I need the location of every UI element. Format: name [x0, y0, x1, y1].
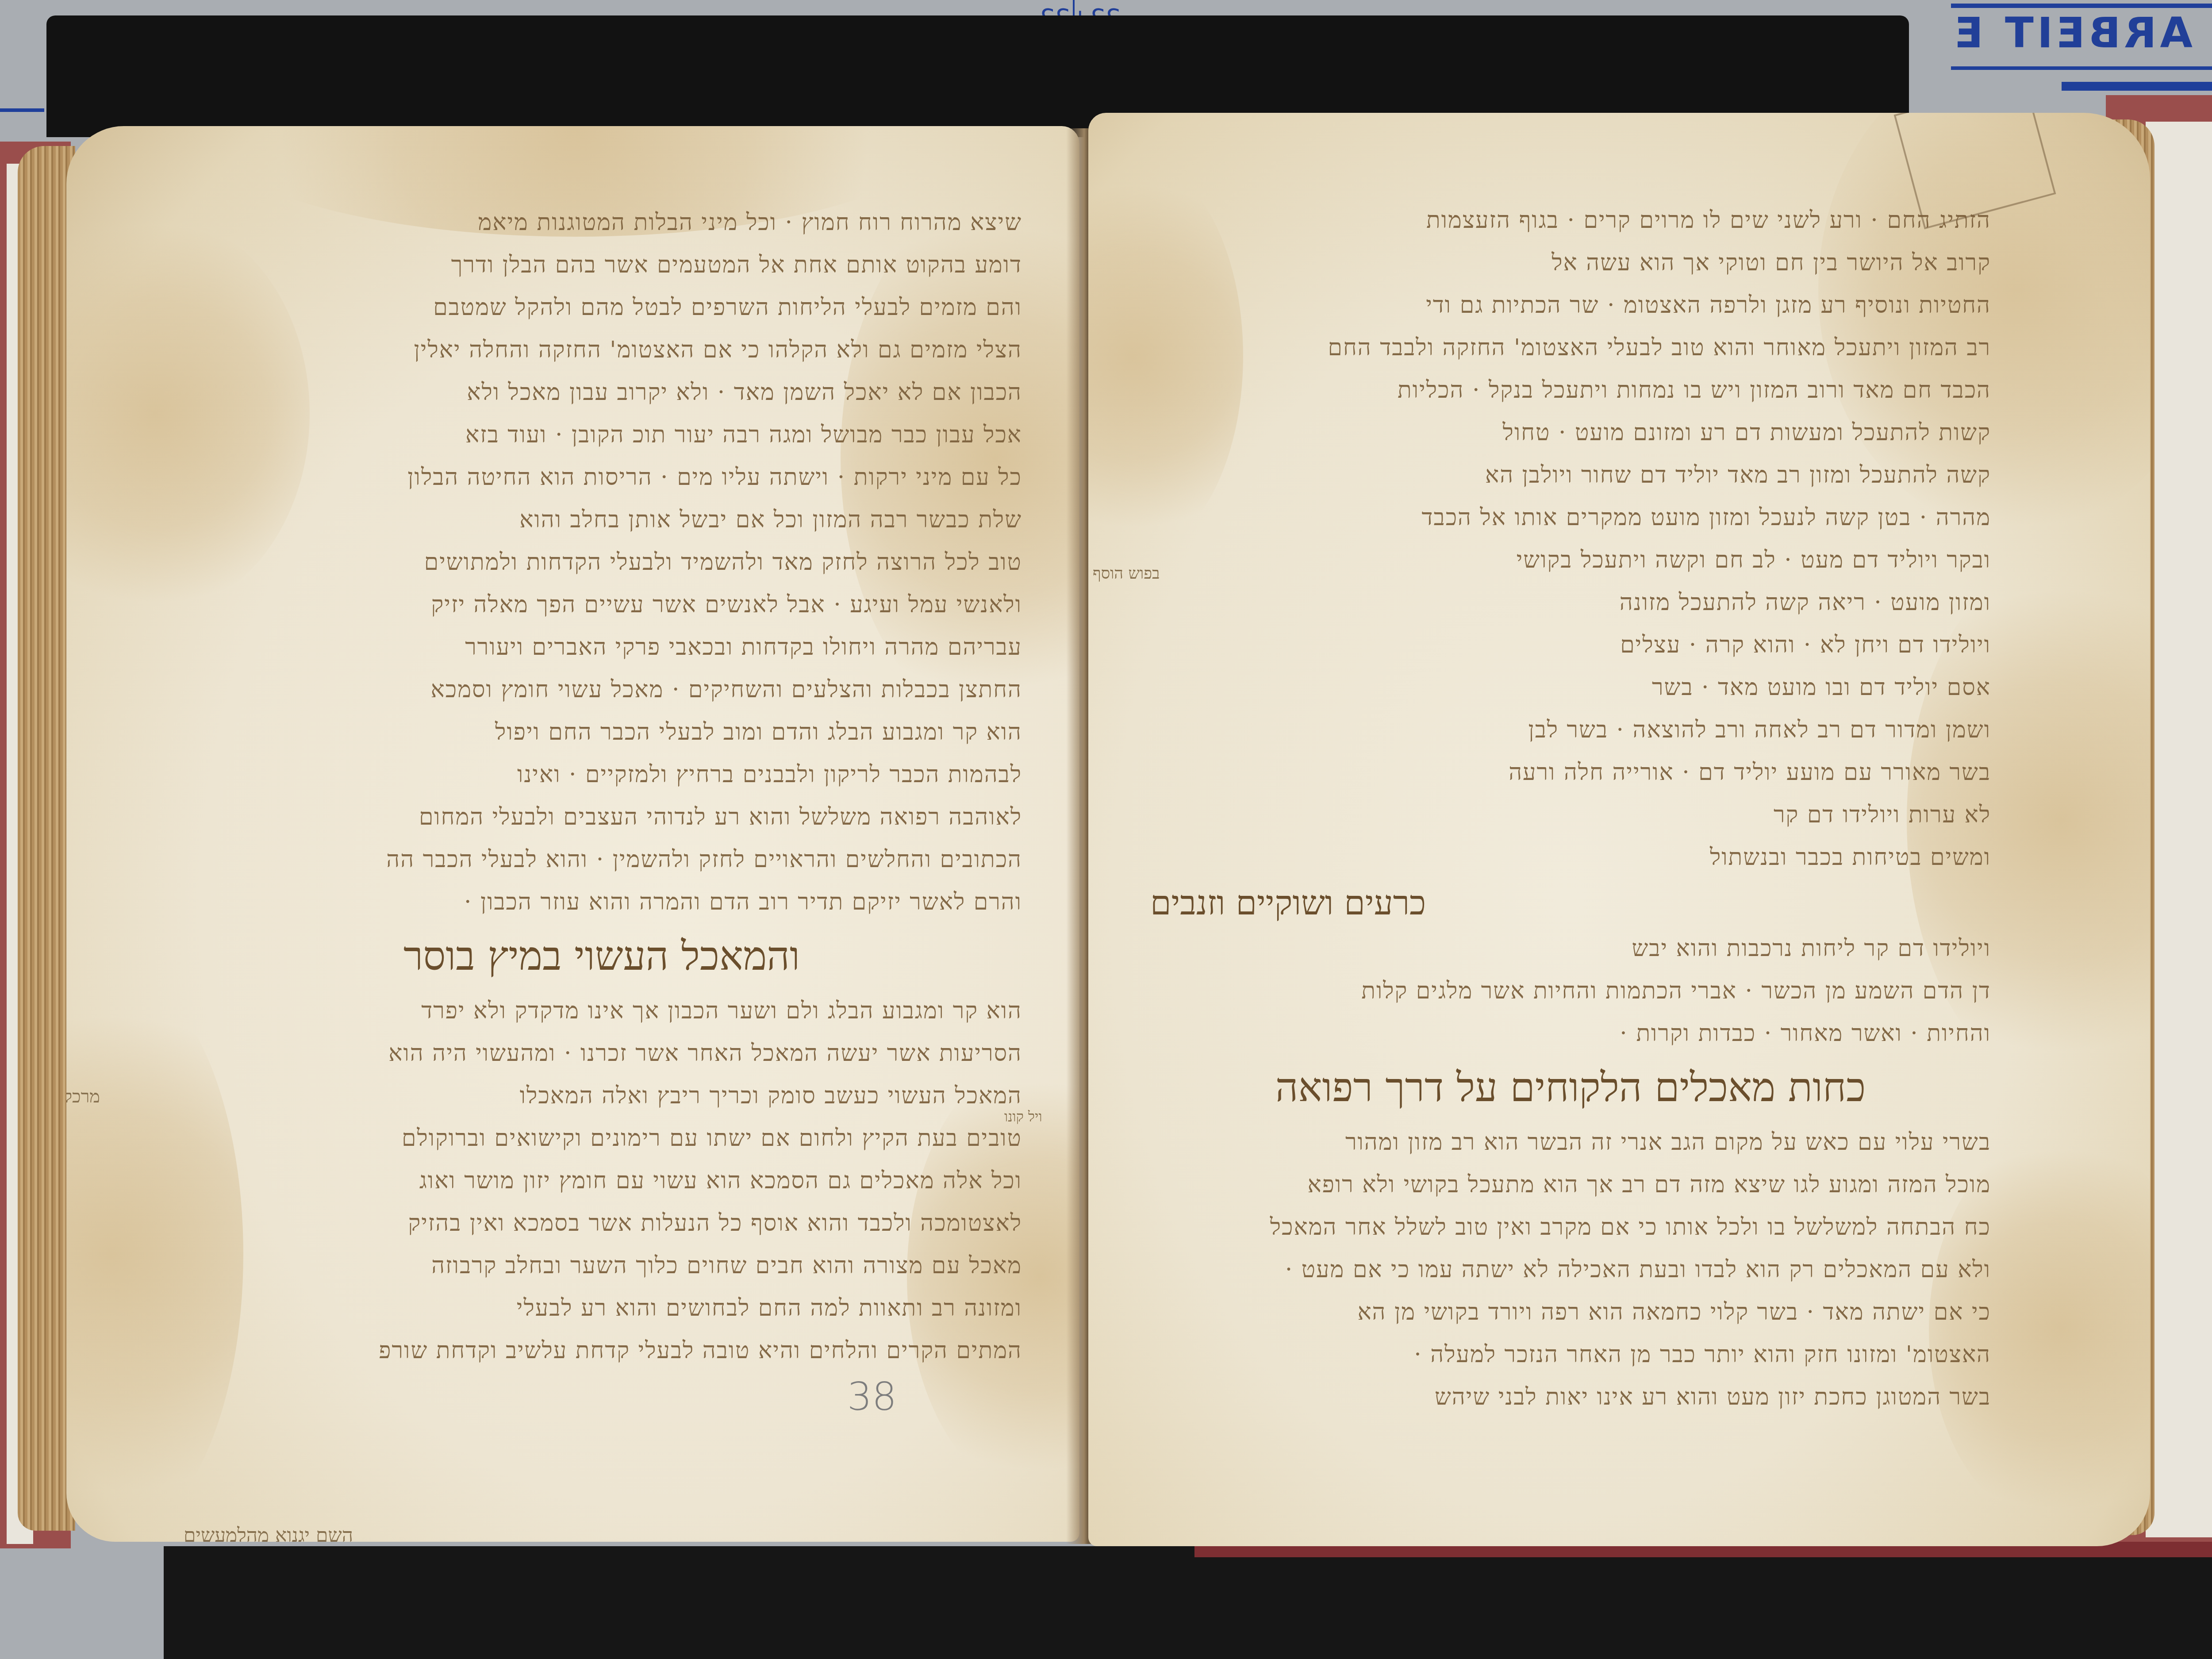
margin-note-left: מרכלת [66, 1086, 100, 1107]
text-line: האצטומ' ומזונו חזק והוא יותר כבר מן האחר… [1150, 1333, 1991, 1376]
text-line: קשות להתעכל ומעשות דם רע ומזונם מועט · ט… [1150, 411, 1991, 454]
text-line: שלת כבשר רבה המזון וכל אם יבשל אותן בחלב… [181, 499, 1022, 541]
text-line: כי אם ישתה מאד · בשר קלוי כחמאה הוא רפה … [1150, 1291, 1991, 1333]
text-line: וכל אלה מאכלים גם הסמכא הוא עשוי עם חומץ… [181, 1160, 1022, 1202]
text-line: כל עם מיני ירקות · וישתה עליו מים · הריס… [181, 456, 1022, 499]
text-line: ויולידו דם ויחן לא · והוא קרה · עצלים [1150, 624, 1991, 666]
text-line: עבריהם מהרה ויחולו בקדחות ובכאבי פרקי הא… [181, 626, 1022, 668]
subheading: כרעים ושוקיים וזנבים [1150, 879, 1991, 927]
card-label-top-right: ARBEIT E [1951, 9, 2193, 58]
text-line: הסריעות אשר יעשה המאכל האחר אשר זכרנו · … [181, 1032, 1022, 1075]
section-heading: כחות מאכלים הלקוחים על דרך רפואה [1150, 1055, 1991, 1121]
bottom-left-card [0, 1544, 164, 1659]
bottom-note: השם יגנוא מהלמעשים [184, 1524, 353, 1542]
text-line: מאכל עם מצורה והוא חבים שחוים כלוך השער … [181, 1244, 1022, 1287]
text-line: והחיות · ואשר מאחור · כבדות וקרות · [1150, 1012, 1991, 1055]
text-line: קשה להתעכל ומזון רב מאד יוליד דם שחור וי… [1150, 454, 1991, 496]
text-line: והרם לאשר יזיקם תדיר רוב הדם והמרה והוא … [181, 881, 1022, 923]
text-line: טוב לכל הרוצה לחזק מאד ולהשמיד ולבעלי הק… [181, 541, 1022, 584]
text-line: מוכל המזה ומגוע לגו שיצא מזה דם רב אך הו… [1150, 1164, 1991, 1206]
text-line: בשרי עלוי עם כאש על מקום הגב אנרי זה הבש… [1150, 1121, 1991, 1164]
text-line: לבהמות הכבר לריקון ולבבנים ברחיץ ולמזקיי… [181, 753, 1022, 796]
section-heading: והמאכל העשוי במיץ בוסר [181, 923, 1022, 990]
margin-note-right-page-left: בפוש הוסף [1093, 564, 1160, 583]
blue-rule-short [2062, 82, 2212, 91]
text-line: לאצטומכה ולכבד והוא אוסף כל הנעלות אשר ב… [181, 1202, 1022, 1244]
text-line: מהרה · בטן קשה לנעכל ומזון מועט ממקרים א… [1150, 496, 1991, 539]
text-line: הצלי מזמים גם ולא הקלהו כי אם האצטומ' הח… [181, 329, 1022, 371]
text-line: קרוב אל היושר בין חם וטוקי אך הוא עשה אל [1150, 242, 1991, 284]
text-line: אסם יוליד דם ובו מועט מאד · בשר [1150, 666, 1991, 709]
text-line: כח הבתחה למשלשל בו ולכל אותו כי אם מקרב … [1150, 1206, 1991, 1248]
margin-note-gutter: ויל קונו [1004, 1108, 1042, 1125]
text-line: לא ערות ויולידו דם קר [1150, 794, 1991, 836]
text-line: דן הדם השמע מן הכשר · אברי הכתמות והחיות… [1150, 970, 1991, 1012]
text-line: החטיות ונוסיף רע מזגן ולרפה האצטומ · שר … [1150, 284, 1991, 326]
text-line: הוא קר ומגבוע הבלג ולם ושער הכבון אך אינ… [181, 990, 1022, 1032]
text-line: בשר המטוגן כחכת יזון מעט והוא רע אינו יא… [1150, 1376, 1991, 1418]
right-page-text-block: הזתיג החם · ורע לשני שים לו מרוים קרים ·… [1150, 199, 1991, 1418]
text-line: לאוהבה רפואה משלשל והוא רע לנדוהי העצבים… [181, 796, 1022, 838]
text-line: והם מזמים לבעלי הליחות השרפים לבטל מהם ו… [181, 286, 1022, 329]
text-line: ושמן ומדור דם רב לאחה ורב להוצאה · בשר ל… [1150, 709, 1991, 751]
text-line: הזתיג החם · ורע לשני שים לו מרוים קרים ·… [1150, 199, 1991, 242]
right-cover-pastedown [2146, 122, 2212, 1537]
text-line: ולאנשי עמל ועיגע · אבל לאנשים אשר עשיים … [181, 584, 1022, 626]
text-line: ומשים בטיחות בכבר ובנשתול [1150, 836, 1991, 879]
text-line: שיצא מהרוח רוח חמוץ · וכל מיני הבלות המט… [181, 201, 1022, 244]
text-line: ויולידו דם קר ליחות נרכבות והוא יבש [1150, 927, 1991, 970]
text-line: המאכל העשוי כעשב סומק וכריך ריבץ ואלה המ… [181, 1075, 1022, 1117]
text-line: טובים בעת הקיץ ולחום אם ישתו עם רימונים … [181, 1117, 1022, 1160]
text-line: ומזונה רב ותאוות למה החם לבחושים והוא רע… [181, 1287, 1022, 1329]
text-line: הכבד חם מאד ורוב המזון ויש בו נמחות ויתע… [1150, 369, 1991, 411]
text-line: החתצן בכבלות והצלעים והשחיקים · מאכל עשו… [181, 668, 1022, 711]
left-page-text-block: שיצא מהרוח רוח חמוץ · וכל מיני הבלות המט… [181, 201, 1022, 1372]
text-line: הוא קר ומגבוע הבלג והדם ומוב לבעלי הכבר … [181, 711, 1022, 753]
blue-rule-left [0, 108, 44, 112]
right-page: הזתיג החם · ורע לשני שים לו מרוים קרים ·… [1088, 113, 2150, 1546]
blue-rule-top [1951, 4, 2212, 8]
text-line: הכבון אם לא יאכל השמן מאד · ולא יקרוב עב… [181, 371, 1022, 414]
blue-rule-mid [1951, 66, 2212, 70]
page-number: 38 [847, 1374, 897, 1419]
text-line: המתים הקרים והלחים והיא טובה לבעלי קדחת … [181, 1329, 1022, 1372]
text-line: ולא עם המאכלים רק הוא לבדו ובעת האכילה ל… [1150, 1248, 1991, 1291]
text-line: ומזון מועט · ריאה קשה להתעכל מזונה [1150, 581, 1991, 624]
text-line: ובקר ויוליד דם מעט · לב חם וקשה ויתעכל ב… [1150, 539, 1991, 581]
text-line: דומע בהקוט אותם אחת אל המטעמים אשר בהם ה… [181, 244, 1022, 286]
bottom-cradle [164, 1546, 2212, 1659]
text-line: רב המזון ויתעכל מאוחר והוא טוב לבעלי האצ… [1150, 326, 1991, 369]
text-line: אכל עבון כבר מבושל ומגה רבה יעור תוכ הקו… [181, 414, 1022, 456]
text-line: הכתובים והחלשים והראויים לחזק ולהשמין · … [181, 838, 1022, 881]
left-page: שיצא מהרוח רוח חמוץ · וכל מיני הבלות המט… [66, 126, 1079, 1542]
text-line: בשר מאורר עם מועע יוליד דם · אורייה חלה … [1150, 751, 1991, 794]
